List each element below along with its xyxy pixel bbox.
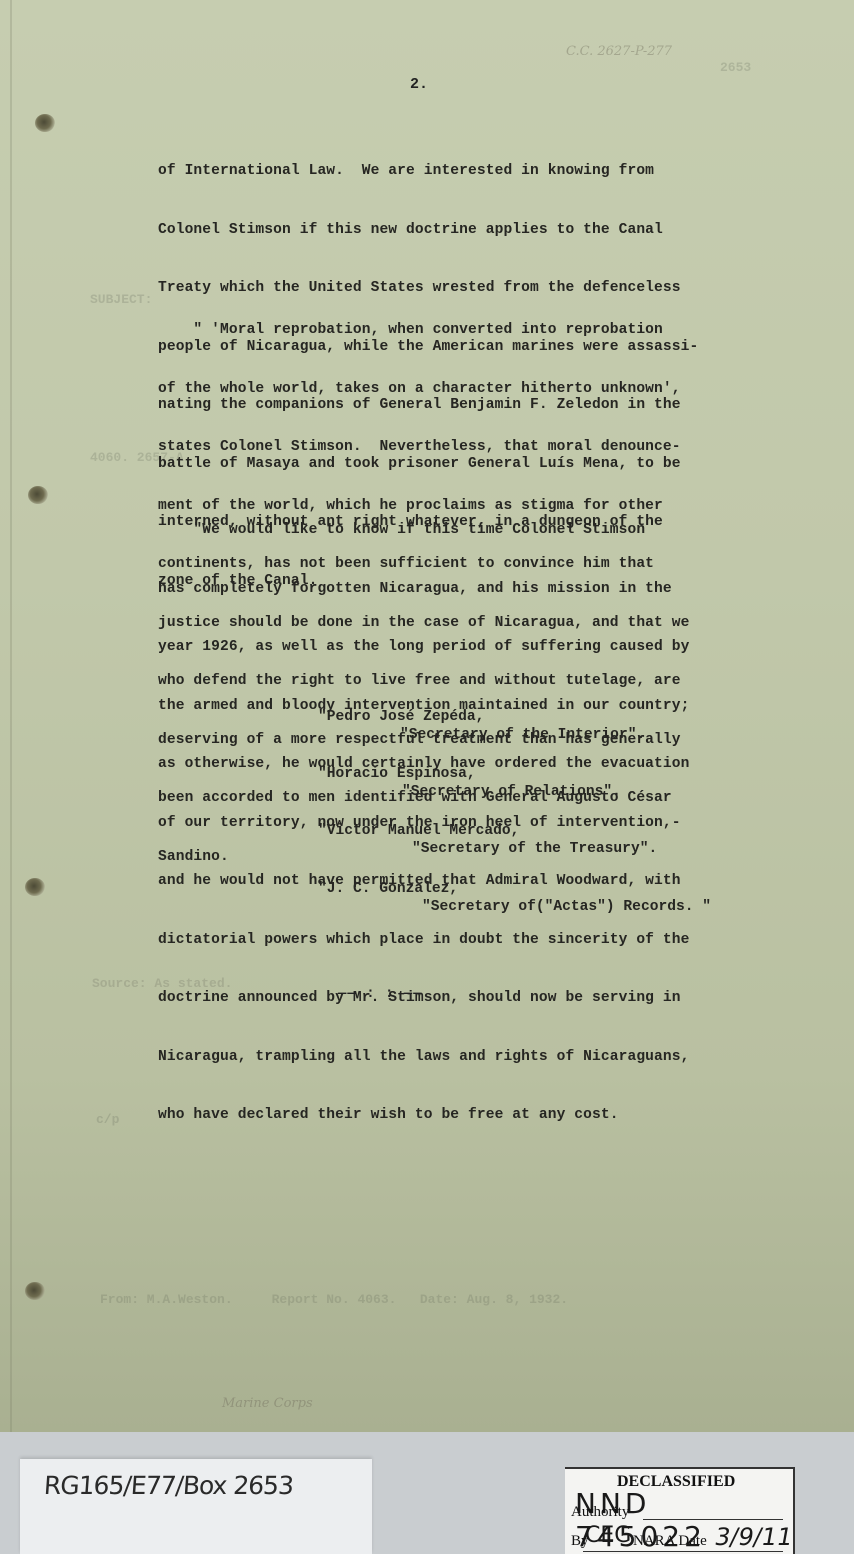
- signatory-name: "J. C. Gonzalez,: [318, 881, 458, 897]
- signatory-name: "Victor Manuel Mercado,: [318, 823, 519, 839]
- text-line: has completely forgotten Nicaragua, and …: [158, 580, 738, 600]
- stamp-by-value: CEG: [585, 1523, 631, 1548]
- text-line: "We would like to know if this time Colo…: [158, 521, 738, 541]
- text-line: of the whole world, takes on a character…: [158, 380, 738, 400]
- bleed-through-subject: SUBJECT:: [90, 292, 152, 307]
- text-line: Colonel Stimson if this new doctrine app…: [158, 221, 738, 241]
- text-line: dictatorial powers which place in doubt …: [158, 931, 738, 951]
- stamp-line: [583, 1551, 783, 1552]
- stamp-authority-label: Authority: [571, 1504, 629, 1521]
- text-line: year 1926, as well as the long period of…: [158, 638, 738, 658]
- punch-hole-icon: [35, 114, 55, 132]
- bleed-through-header-note: C.C. 2627-P-277: [566, 44, 672, 59]
- bleed-through-handwritten: Marine Corps: [222, 1396, 313, 1411]
- bleed-through-initials: c/p: [96, 1112, 119, 1127]
- archive-reference-label: RG165/E77/Box 2653: [20, 1459, 372, 1554]
- stamp-nara-date-label: NARA Date: [633, 1533, 707, 1550]
- signatory-title: "Secretary of the Interior".: [400, 727, 645, 743]
- page-number: 2.: [410, 76, 428, 93]
- declassified-stamp: DECLASSIFIED NND 745022 Authority By CEG…: [565, 1467, 795, 1554]
- bleed-through-header-note2: 2653: [720, 60, 751, 75]
- bleed-through-from-line: From: M.A.Weston. Report No. 4063. Date:…: [100, 1292, 568, 1307]
- text-line: " 'Moral reprobation, when converted int…: [158, 321, 738, 341]
- punch-hole-icon: [25, 1282, 45, 1300]
- text-line: states Colonel Stimson. Nevertheless, th…: [158, 438, 738, 458]
- stamp-date-value: 3/9/11: [713, 1523, 795, 1551]
- page-edge: [10, 0, 12, 1432]
- signatory-name: "Pedro José Zepéda,: [318, 709, 484, 725]
- end-mark: —— : : ——: [338, 986, 423, 1002]
- archive-reference-text: RG165/E77/Box 2653: [43, 1471, 294, 1500]
- text-line: of International Law. We are interested …: [158, 162, 738, 182]
- punch-hole-icon: [25, 878, 45, 896]
- signatory-name: "Horacio Espinosa,: [318, 766, 476, 782]
- punch-hole-icon: [28, 486, 48, 504]
- stamp-line: [643, 1519, 783, 1520]
- text-line: Nicaragua, trampling all the laws and ri…: [158, 1048, 738, 1068]
- signatory-title: "Secretary of Relations".: [402, 784, 621, 800]
- signatory-title: "Secretary of("Actas") Records. ": [422, 899, 711, 915]
- text-line: doctrine announced by Mr. Stimson, shoul…: [158, 989, 738, 1009]
- document-page: C.C. 2627-P-277 2653 SUBJECT: 4060. 2657…: [0, 0, 854, 1432]
- signatory-title: "Secretary of the Treasury".: [412, 841, 657, 857]
- text-line: who have declared their wish to be free …: [158, 1106, 738, 1126]
